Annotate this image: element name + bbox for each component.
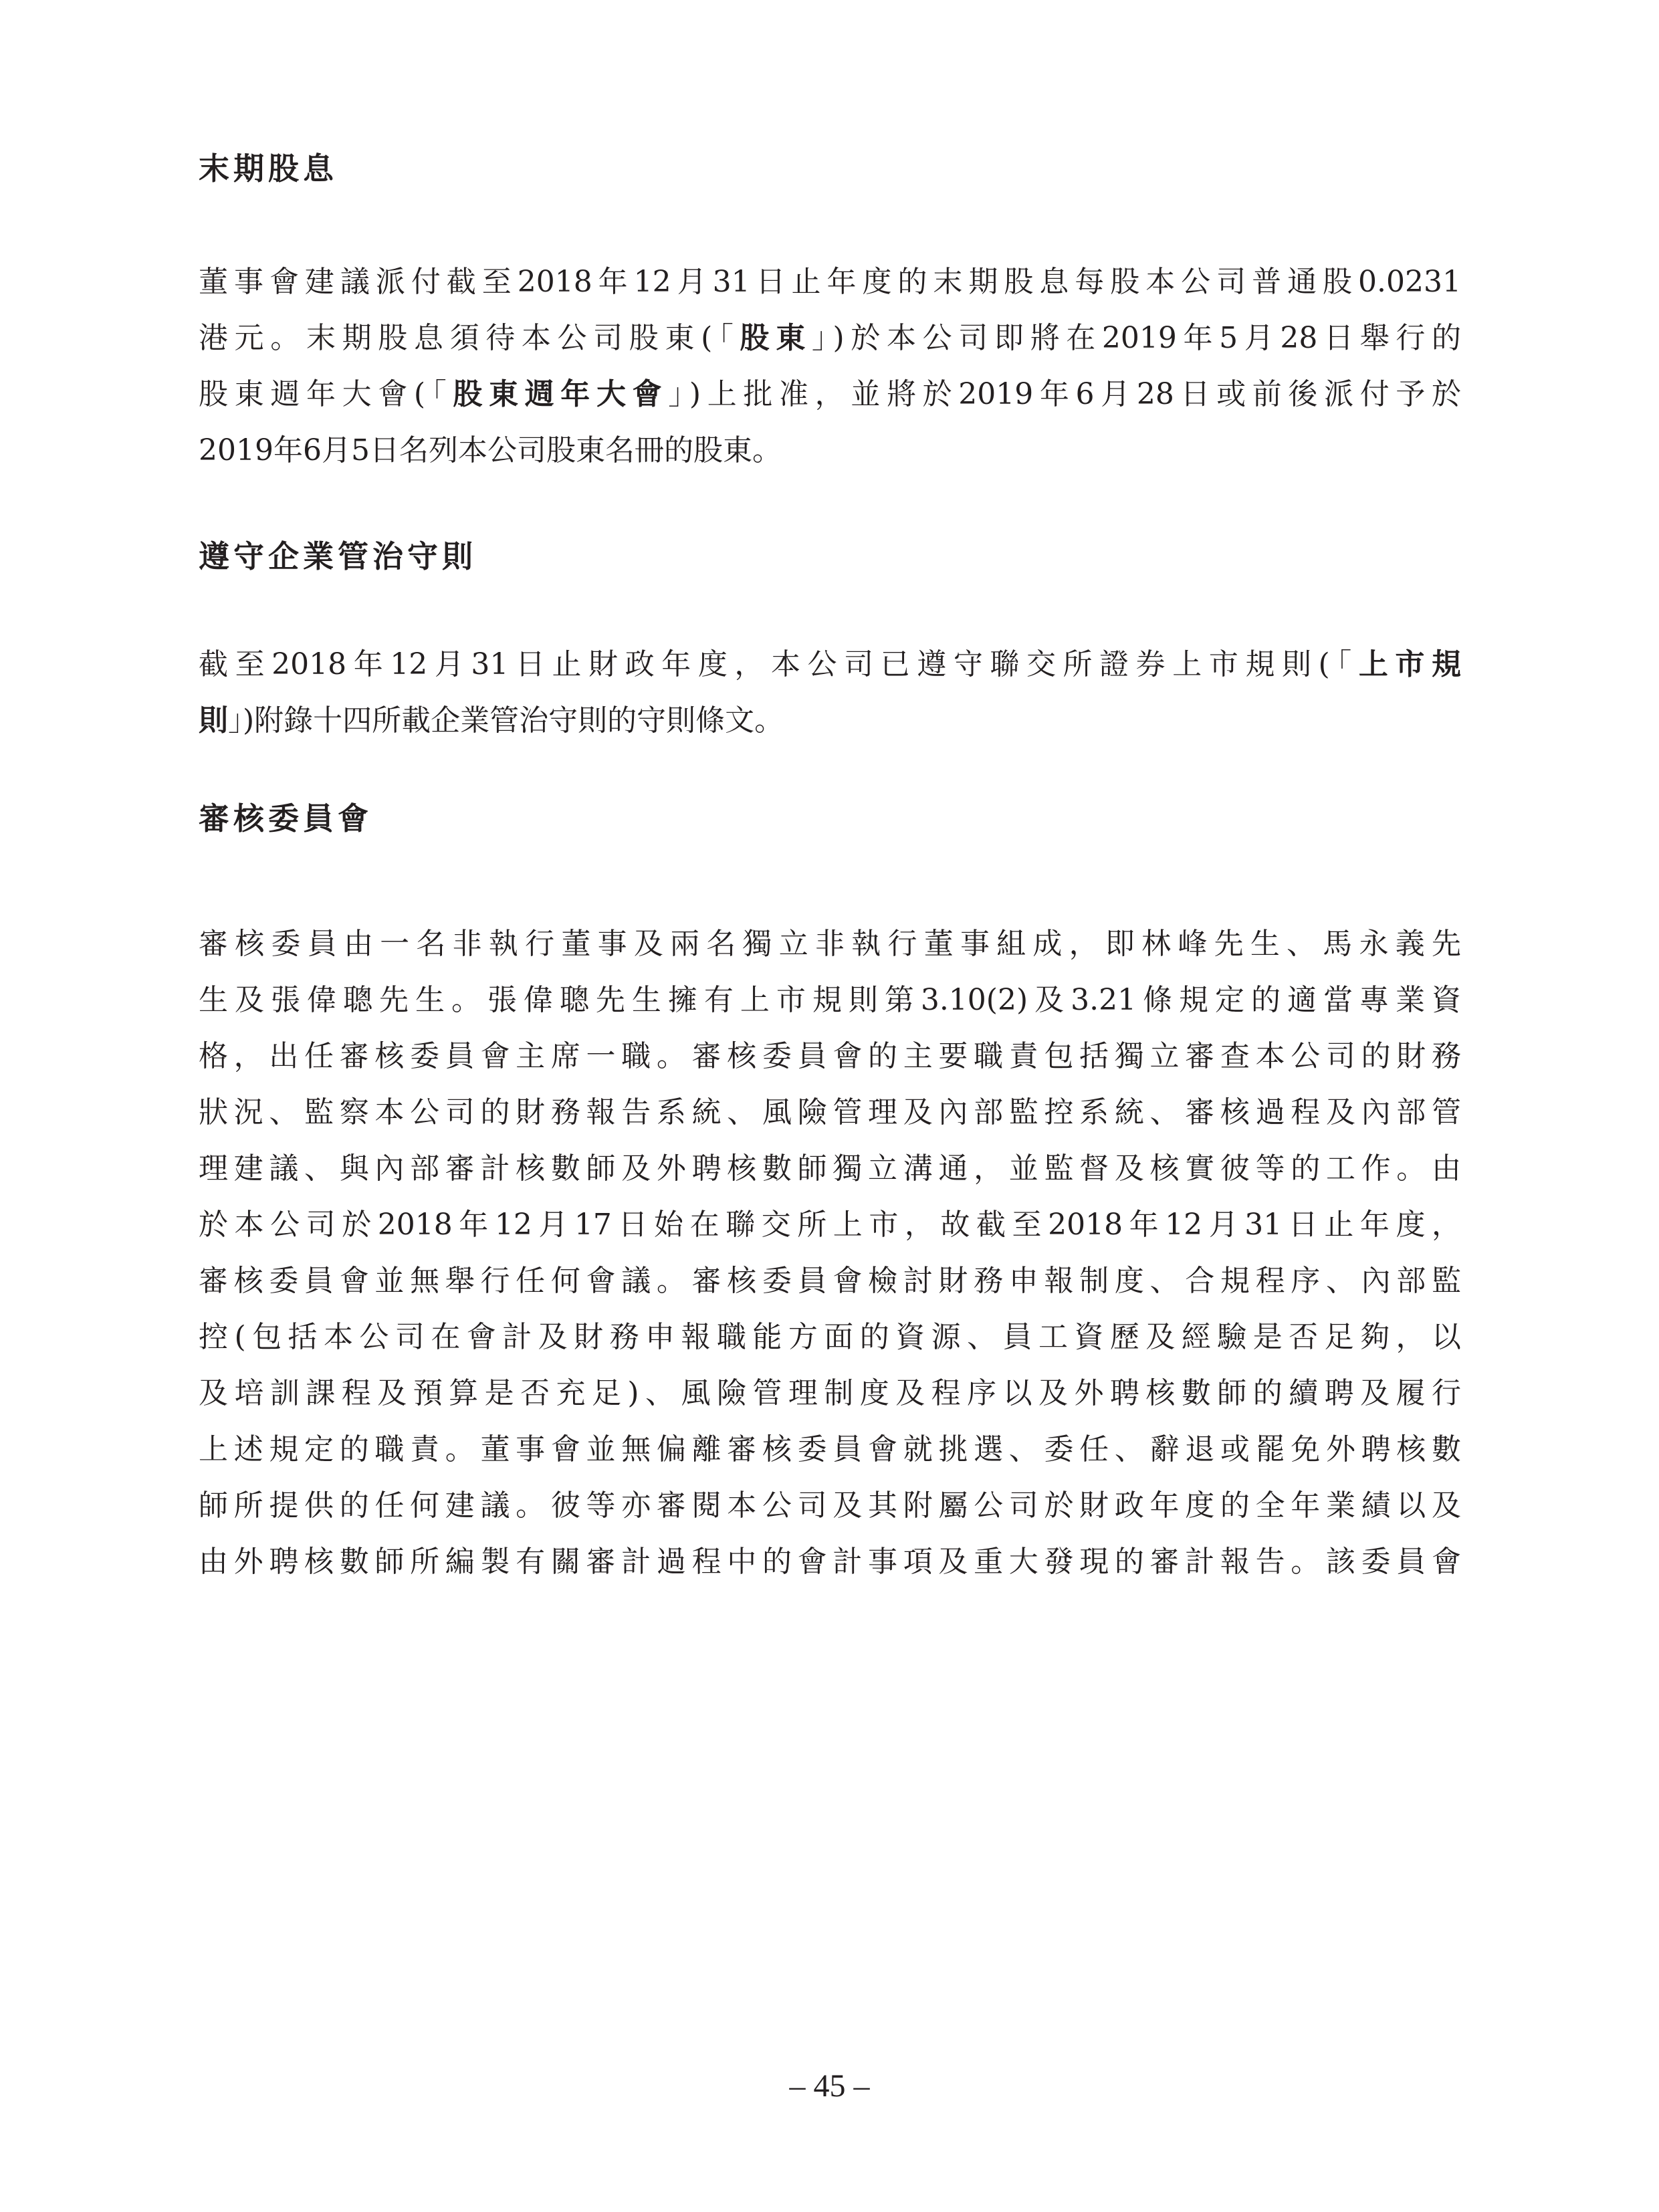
text-run: 理建議、與內部審計核數師及外聘核數師獨立溝通，並監督及核實彼等的工作。由 xyxy=(199,1151,1461,1186)
defined-term: 股東 xyxy=(740,321,812,355)
text-run: 於本公司於2018年12月17日始在聯交所上市，故截至2018年12月31日止年… xyxy=(199,1208,1461,1242)
text-run: 控(包括本公司在會計及財務申報職能方面的資源、員工資歷及經驗是否足夠，以 xyxy=(199,1320,1461,1354)
paragraph-line: 於本公司於2018年12月17日始在聯交所上市，故截至2018年12月31日止年… xyxy=(199,1205,1461,1245)
section-heading-corporate-governance: 遵守企業管治守則 xyxy=(199,536,477,576)
text-run: 審核委員會並無舉行任何會議。審核委員會檢討財務申報制度、合規程序、內部監 xyxy=(199,1264,1461,1298)
paragraph-line: 審核委員由一名非執行董事及兩名獨立非執行董事組成，即林峰先生、馬永義先 xyxy=(199,924,1461,964)
text-run: 董事會建議派付截至2018年12月31日止年度的末期股息每股本公司普通股0.02… xyxy=(199,265,1461,299)
text-run: 上述規定的職責。董事會並無偏離審核委員會就挑選、委任、辭退或罷免外聘核數 xyxy=(199,1432,1461,1466)
text-run: 股東週年大會(「 xyxy=(199,377,453,411)
paragraph-line: 則」)附錄十四所載企業管治守則的守則條文。 xyxy=(199,701,1461,741)
text-run: 狀況、監察本公司的財務報告系統、風險管理及內部監控系統、審核過程及內部管 xyxy=(199,1095,1461,1129)
paragraph-line: 控(包括本公司在會計及財務申報職能方面的資源、員工資歷及經驗是否足夠，以 xyxy=(199,1317,1461,1357)
text-run: 格，出任審核委員會主席一職。審核委員會的主要職責包括獨立審查本公司的財務 xyxy=(199,1039,1461,1073)
paragraph-line: 及培訓課程及預算是否充足)、風險管理制度及程序以及外聘核數師的續聘及履行 xyxy=(199,1373,1461,1414)
text-run: 2019年6月5日名列本公司股東名冊的股東。 xyxy=(199,433,782,467)
section-heading-audit-committee: 審核委員會 xyxy=(199,798,372,839)
defined-term: 則 xyxy=(199,703,228,738)
paragraph-line: 董事會建議派付截至2018年12月31日止年度的末期股息每股本公司普通股0.02… xyxy=(199,262,1461,302)
text-run: 」)於本公司即將在2019年5月28日舉行的 xyxy=(812,321,1461,355)
text-run: 」)上批准，並將於2019年6月28日或前後派付予於 xyxy=(668,377,1461,411)
text-run: 審核委員由一名非執行董事及兩名獨立非執行董事組成，即林峰先生、馬永義先 xyxy=(199,927,1461,961)
paragraph-line: 截至2018年12月31日止財政年度，本公司已遵守聯交所證券上市規則(「上市規 xyxy=(199,645,1461,685)
paragraph-line: 股東週年大會(「股東週年大會」)上批准，並將於2019年6月28日或前後派付予於 xyxy=(199,374,1461,415)
text-run: 及培訓課程及預算是否充足)、風險管理制度及程序以及外聘核數師的續聘及履行 xyxy=(199,1376,1461,1410)
paragraph-line: 師所提供的任何建議。彼等亦審閱本公司及其附屬公司於財政年度的全年業績以及 xyxy=(199,1486,1461,1526)
paragraph-line: 審核委員會並無舉行任何會議。審核委員會檢討財務申報制度、合規程序、內部監 xyxy=(199,1261,1461,1301)
text-run: 港元。末期股息須待本公司股東(「 xyxy=(199,321,740,355)
paragraph-line: 由外聘核數師所編製有關審計過程中的會計事項及重大發現的審計報告。該委員會 xyxy=(199,1542,1461,1582)
paragraph-line: 狀況、監察本公司的財務報告系統、風險管理及內部監控系統、審核過程及內部管 xyxy=(199,1093,1461,1133)
text-run: 」)附錄十四所載企業管治守則的守則條文。 xyxy=(228,703,784,738)
paragraph-line: 生及張偉聰先生。張偉聰先生擁有上市規則第3.10(2)及3.21條規定的適當專業… xyxy=(199,980,1461,1020)
text-run: 師所提供的任何建議。彼等亦審閱本公司及其附屬公司於財政年度的全年業績以及 xyxy=(199,1488,1461,1523)
defined-term: 上市規 xyxy=(1359,647,1461,681)
page-number: – 45 – xyxy=(0,2066,1659,2106)
paragraph-line: 格，出任審核委員會主席一職。審核委員會的主要職責包括獨立審查本公司的財務 xyxy=(199,1036,1461,1077)
text-run: 生及張偉聰先生。張偉聰先生擁有上市規則第3.10(2)及3.21條規定的適當專業… xyxy=(199,983,1461,1017)
text-run: 由外聘核數師所編製有關審計過程中的會計事項及重大發現的審計報告。該委員會 xyxy=(199,1545,1461,1579)
paragraph-line: 港元。末期股息須待本公司股東(「股東」)於本公司即將在2019年5月28日舉行的 xyxy=(199,318,1461,358)
document-page: 末期股息 董事會建議派付截至2018年12月31日止年度的末期股息每股本公司普通… xyxy=(0,0,1659,2212)
text-run: 截至2018年12月31日止財政年度，本公司已遵守聯交所證券上市規則(「 xyxy=(199,647,1359,681)
paragraph-line: 上述規定的職責。董事會並無偏離審核委員會就挑選、委任、辭退或罷免外聘核數 xyxy=(199,1430,1461,1470)
defined-term: 股東週年大會 xyxy=(453,377,668,411)
section-heading-final-dividend: 末期股息 xyxy=(199,148,338,189)
paragraph-line: 2019年6月5日名列本公司股東名冊的股東。 xyxy=(199,431,1461,471)
paragraph-line: 理建議、與內部審計核數師及外聘核數師獨立溝通，並監督及核實彼等的工作。由 xyxy=(199,1149,1461,1189)
